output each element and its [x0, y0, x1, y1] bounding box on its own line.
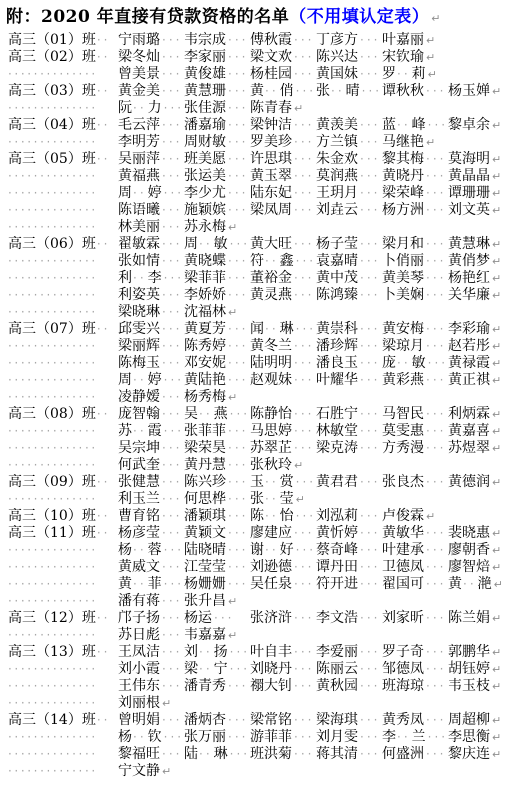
student-name-text: 梁海琪 [316, 712, 358, 728]
space-dots: ··· [294, 526, 314, 540]
space-dots: ··· [228, 475, 248, 489]
student-name-text: 宁文静 [118, 763, 160, 779]
student-name-text: 菲 [148, 576, 162, 592]
indent-space-dots: ·············· [8, 661, 118, 678]
space-dots: ·· [97, 611, 111, 625]
space-dots: ··· [294, 339, 314, 353]
roster-line: ··············杨··钦···张万丽···游菲菲···刘月雯···李… [0, 729, 521, 746]
space-dots: ··· [228, 254, 248, 268]
student-name: 邹德凤··· [382, 661, 448, 678]
class-label: 高三（10）班·· [8, 508, 118, 525]
space-dots: ··· [228, 458, 248, 472]
space-dots: ··· [294, 237, 314, 251]
student-name-text: 关华廉 [448, 287, 490, 303]
student-name: 张万丽··· [184, 729, 250, 746]
paragraph-mark-icon: ↵ [492, 663, 501, 676]
student-name-text: 班洪菊 [250, 746, 292, 762]
student-name: 马思婷··· [250, 423, 316, 440]
space-dots: ·· [97, 84, 111, 98]
student-name: 黎福旺··· [118, 746, 184, 763]
student-name-text: 玉 [250, 474, 264, 490]
paragraph-mark-icon: ↵ [426, 510, 435, 523]
space-dots: ··· [426, 169, 446, 183]
student-name: 潘嘉瑜··· [184, 117, 250, 134]
space-dots: ··· [426, 339, 446, 353]
roster-line: ··············陈语曦···施颖嫔···梁凤周···刘垚云···杨方… [0, 202, 521, 219]
student-name-text: 刘丽根 [118, 695, 160, 711]
student-name: 翟敏霖··· [118, 236, 184, 253]
space-dots: ··· [426, 577, 446, 591]
student-name-text: 张菲菲 [184, 423, 226, 439]
student-name: 陈梅玉··· [118, 355, 184, 372]
student-name: 翟国可··· [382, 576, 448, 593]
student-name-text: 黎福旺 [118, 746, 160, 762]
space-dots: ··· [294, 679, 314, 693]
student-name-text: 周 [118, 372, 132, 388]
space-dots: ·· [463, 577, 477, 591]
class-label-text: 高三（02）班 [8, 49, 96, 65]
space-dots: ··· [360, 747, 380, 761]
space-dots: ··· [162, 662, 182, 676]
student-name: 梁琼月··· [382, 338, 448, 355]
space-dots: ··· [162, 203, 182, 217]
student-name-text: 黄崇科 [316, 321, 358, 337]
student-name-text: 李思衡 [448, 729, 490, 745]
class-label: 高三（12）班·· [8, 610, 118, 627]
space-dots: ··· [360, 152, 380, 166]
student-name: 利玉兰··· [118, 491, 184, 508]
space-dots: ··· [360, 407, 380, 421]
student-name-text: 蒋其清 [316, 746, 358, 762]
roster-line: 高三（09）班··张健慧···陈兴珍···玉··赏···黄君君···张良杰···… [0, 474, 521, 491]
student-name: 张济浒··· [250, 610, 316, 627]
student-name: 李爱丽··· [316, 644, 382, 661]
student-name: 黄威文··· [118, 559, 184, 576]
paragraph-mark-icon: ↵ [228, 629, 237, 642]
student-name: 赵观妹··· [250, 372, 316, 389]
paragraph-mark-icon: ↵ [492, 340, 501, 353]
student-name-text: 吴宗坤 [118, 440, 160, 456]
student-name-text: 潘有蒋 [118, 593, 160, 609]
student-name: 谭秋秋··· [382, 83, 448, 100]
space-dots: ··· [228, 526, 248, 540]
student-name: 韦嘉嘉↵ [184, 627, 237, 644]
student-name: 黄陆艳··· [184, 372, 250, 389]
roster-line: ··············吴宗坤···梁荣昊···苏翠芷···梁克涛···方秀… [0, 440, 521, 457]
indent-space-dots: ·············· [8, 559, 118, 576]
student-name: 潘有蒋··· [118, 593, 184, 610]
space-dots: ·············· [8, 186, 98, 200]
student-name-text: 黄晓丹 [382, 168, 424, 184]
indent-space-dots: ·············· [8, 491, 118, 508]
student-name-text: 杨桂园 [250, 66, 292, 82]
space-dots: ··· [162, 356, 182, 370]
student-name-text: 梁常铭 [250, 712, 292, 728]
space-dots: ··· [228, 373, 248, 387]
roster-line: 高三（02）班··梁冬灿···李家丽···梁文欢···陈兴达···宋钦瑜↵ [0, 49, 521, 66]
paragraph-mark-icon: ↵ [492, 272, 501, 285]
student-name: 张升昌↵ [184, 593, 237, 610]
student-name-text: 刘小霞 [118, 661, 160, 677]
space-dots: ··· [294, 713, 314, 727]
roster-line: 高三（04）班··毛云萍···潘嘉瑜···梁钟洁···黄羡美···蓝··峰···… [0, 117, 521, 134]
student-name-text: 陈兴珍 [184, 474, 226, 490]
student-name-text: 潘青秀 [184, 678, 226, 694]
space-dots: ·· [199, 747, 213, 761]
space-dots: ·············· [8, 373, 98, 387]
space-dots: ·············· [8, 662, 98, 676]
student-name-text: 黄敏华 [382, 525, 424, 541]
space-dots: ··· [426, 645, 446, 659]
student-name: 黄大旺··· [250, 236, 316, 253]
space-dots: ·· [97, 526, 111, 540]
space-dots: ··· [214, 611, 234, 625]
space-dots: ·············· [8, 220, 98, 234]
space-dots: ··· [228, 186, 248, 200]
space-dots: ··· [426, 288, 446, 302]
student-name: 梁克涛··· [316, 440, 382, 457]
student-name-text: 潘嘉瑜 [184, 117, 226, 133]
space-dots: ··· [294, 152, 314, 166]
student-name: 邝子扬··· [118, 610, 184, 627]
student-name-text: 黄慧琳 [448, 236, 490, 252]
student-name: 梁常铭··· [250, 712, 316, 729]
student-name-text: 利炳霖 [448, 406, 490, 422]
space-dots: ··· [294, 288, 314, 302]
space-dots: ··· [294, 730, 314, 744]
student-name: 张菲菲··· [184, 423, 250, 440]
space-dots: ··· [164, 271, 184, 285]
student-name-text: 裴晓惠 [448, 525, 490, 541]
student-name: 蔡奇峰··· [316, 542, 382, 559]
student-name: 梁晓琳··· [118, 304, 184, 321]
space-dots: ·············· [8, 67, 98, 81]
student-name: 何盛洲··· [382, 746, 448, 763]
student-name-text: 宁雨璐 [118, 32, 160, 48]
indent-space-dots: ·············· [8, 457, 118, 474]
paragraph-mark-icon: ↵ [492, 408, 501, 421]
space-dots: ·· [97, 407, 111, 421]
student-name-text: 陈梅玉 [118, 355, 160, 371]
space-dots: ··· [164, 373, 184, 387]
student-name: 陈兰娟↵ [448, 610, 501, 627]
class-label-text: 高三（01）班 [8, 32, 96, 48]
paragraph-mark-icon: ↵ [492, 85, 501, 98]
space-dots: ··· [294, 186, 314, 200]
space-dots: ··· [228, 203, 248, 217]
student-name: 陈青春↵ [250, 100, 303, 117]
student-name-text: 李爱丽 [316, 644, 358, 660]
paragraph-mark-icon: ↵ [492, 680, 501, 693]
space-dots: ··· [162, 33, 182, 47]
space-dots: ··· [228, 679, 248, 693]
roster-line: ··············黎福旺···陆··琳···班洪菊···蒋其清···何… [0, 746, 521, 763]
indent-space-dots: ·············· [8, 202, 118, 219]
student-name-text: 杨运 [184, 610, 212, 626]
student-name-text: 朱金欢 [316, 151, 358, 167]
space-dots: ··· [360, 339, 380, 353]
student-name-text: 林敏堂 [316, 423, 358, 439]
roster-line: ··············梁晓琳···沈福林↵ [0, 304, 521, 321]
student-name-text: 郭鹏华 [448, 644, 490, 660]
student-name-text: 黄冬兰 [250, 338, 292, 354]
student-name-text: 罗 [382, 66, 396, 82]
student-name: 陆明明··· [250, 355, 316, 372]
space-dots: ··· [162, 594, 182, 608]
space-dots: ··· [426, 152, 446, 166]
student-name: 李··兰··· [382, 729, 448, 746]
student-name-text: 燕 [214, 406, 228, 422]
student-name-text: 韦宗成 [184, 32, 226, 48]
space-dots: ··· [362, 84, 382, 98]
indent-space-dots: ·············· [8, 134, 118, 151]
space-dots: ··· [162, 305, 182, 319]
student-name-text: 梁荣峰 [382, 185, 424, 201]
student-name-text: 周财敏 [184, 134, 226, 150]
indent-space-dots: ·············· [8, 695, 118, 712]
student-name: 潘良玉··· [316, 355, 382, 372]
student-name-text: 刘泓莉 [316, 508, 358, 524]
student-name: 刘小霞··· [118, 661, 184, 678]
student-name: 陆晓晴··· [184, 542, 250, 559]
student-name: 利姿英··· [118, 287, 184, 304]
student-name-text: 苏永梅 [184, 219, 226, 235]
roster-line: ··············张如情···黄晓蝶···符··鑫···袁嘉晴···卜… [0, 253, 521, 270]
indent-space-dots: ·············· [8, 576, 118, 593]
paragraph-mark-icon: ↵ [492, 748, 501, 761]
space-dots: ·· [97, 152, 111, 166]
student-name-text: 黄晓蝶 [184, 253, 226, 269]
paragraph-mark-icon: ↵ [492, 731, 501, 744]
student-name-text: 陆 [184, 746, 198, 762]
student-name-text: 林美丽 [118, 219, 160, 235]
class-label: 高三（07）班·· [8, 321, 118, 338]
class-label-text: 高三（08）班 [8, 406, 96, 422]
paragraph-mark-icon: ↵ [228, 221, 237, 234]
student-name: 刘泓莉··· [316, 508, 382, 525]
student-name: 傅秋霞··· [250, 32, 316, 49]
student-name-text: 黄大旺 [250, 236, 292, 252]
space-dots: ·· [133, 543, 147, 557]
student-name-text: 周 [184, 236, 198, 252]
student-name-text: 黄德润 [448, 474, 490, 490]
space-dots: ··· [294, 662, 314, 676]
paragraph-mark-icon: ↵ [228, 391, 237, 404]
indent-space-dots: ·············· [8, 389, 118, 406]
student-name: 杨艳红↵ [448, 270, 501, 287]
page-title: 附：2020 年直接有贷款资格的名单（不用填认定表）↵ [0, 5, 521, 31]
space-dots: ··· [228, 84, 248, 98]
student-name-text: 梁克涛 [316, 440, 358, 456]
student-name-text: 邓安妮 [184, 355, 226, 371]
roster-line: ··············利玉兰···何思桦···张··莹↵ [0, 491, 521, 508]
paragraph-mark-icon: ↵ [162, 697, 171, 710]
space-dots: ··· [162, 84, 182, 98]
student-name: 叶耀华··· [316, 372, 382, 389]
student-name-text: 赵观妹 [250, 372, 292, 388]
student-name: 谢··好··· [250, 542, 316, 559]
space-dots: ·············· [8, 424, 98, 438]
student-name-text: 张万丽 [184, 729, 226, 745]
paragraph-mark-icon: ↵ [492, 527, 501, 540]
space-dots: ··· [228, 560, 248, 574]
paragraph-mark-icon: ↵ [228, 306, 237, 319]
space-dots: ·· [97, 509, 111, 523]
space-dots: ··· [162, 628, 182, 642]
student-name-text: 何思桦 [184, 491, 226, 507]
student-name-text: 黄正祺 [448, 372, 490, 388]
space-dots: ··· [294, 67, 314, 81]
student-name: 杨彦莹··· [118, 525, 184, 542]
space-dots: ··· [360, 186, 380, 200]
document-page: 附：2020 年直接有贷款资格的名单（不用填认定表）↵ 高三（01）班··宁雨璐… [0, 0, 521, 780]
student-name: 潘珍辉··· [316, 338, 382, 355]
student-name: 苏日彪··· [118, 627, 184, 644]
space-dots: ·············· [8, 628, 98, 642]
student-name: 符··鑫··· [250, 253, 316, 270]
student-name: 苏煜翠↵ [448, 440, 501, 457]
roster-line: ··············利姿英···李娇娇···黄灵燕···陈鸿臻···卜美… [0, 287, 521, 304]
student-name: 班美愿··· [184, 151, 250, 168]
student-name: 杨秀梅↵ [184, 389, 237, 406]
space-dots: ·· [97, 475, 111, 489]
student-name-text: 张升昌 [184, 593, 226, 609]
space-dots: ··· [162, 288, 182, 302]
page-title-main: 附：2020 年直接有贷款资格的名单 [6, 7, 289, 27]
student-name-text: 陆晓晴 [184, 542, 226, 558]
indent-space-dots: ·············· [8, 287, 118, 304]
student-name: 莫雯惠··· [382, 423, 448, 440]
paragraph-mark-icon: ↵ [492, 374, 501, 387]
roster-line: 高三（14）班··曾明娟···潘炳杏···梁常铭···梁海琪···黄秀凤···周… [0, 712, 521, 729]
space-dots: ·· [265, 509, 279, 523]
space-dots: ··· [360, 118, 380, 132]
space-dots: ··· [228, 67, 248, 81]
student-name-text: 李 [148, 270, 162, 286]
student-name: 黎卓余↵ [448, 117, 501, 134]
class-label-text: 高三（03）班 [8, 83, 96, 99]
student-name: 周··婷··· [118, 185, 184, 202]
student-name-text: 黄福燕 [118, 168, 160, 184]
student-name-text: 陈秀婷 [184, 338, 226, 354]
student-name-text: 张 [250, 491, 264, 507]
space-dots: ··· [426, 560, 446, 574]
student-name-text: 凌静嫒 [118, 389, 160, 405]
space-dots: ··· [162, 254, 182, 268]
student-name: 杨··蓉··· [118, 542, 184, 559]
paragraph-mark-icon: ↵ [492, 612, 501, 625]
space-dots: ··· [230, 407, 250, 421]
space-dots: ·· [331, 84, 345, 98]
space-dots: ··· [360, 288, 380, 302]
space-dots: ·· [397, 118, 411, 132]
student-name: 郭鹏华↵ [448, 644, 501, 661]
space-dots: ·············· [8, 135, 98, 149]
roster-line: ··············刘小霞···梁··宁···刘晓丹···陈丽云···邹… [0, 661, 521, 678]
student-name: 邱雯兴··· [118, 321, 184, 338]
student-name-text: 王玥月 [316, 185, 358, 201]
student-name-text: 张 [316, 83, 330, 99]
space-dots: ·· [265, 475, 279, 489]
space-dots: ··· [426, 373, 446, 387]
student-name-text: 班美愿 [184, 151, 226, 167]
space-dots: ··· [294, 50, 314, 64]
space-dots: ··· [360, 441, 380, 455]
student-name: 黄正祺↵ [448, 372, 501, 389]
roster-line: ··············曾美景···黄俊雄···杨桂园···黄国妹···罗·… [0, 66, 521, 83]
space-dots: ··· [228, 50, 248, 64]
student-name: 潘青秀··· [184, 678, 250, 695]
student-name-text: 赵若彤 [448, 338, 490, 354]
student-name-text: 何武奎 [118, 457, 160, 473]
student-name-text: 曹育铭 [118, 508, 160, 524]
student-name-text: 叶建承 [382, 542, 424, 558]
space-dots: ··· [294, 356, 314, 370]
student-name-text: 黄中茂 [316, 270, 358, 286]
space-dots: ··· [162, 135, 182, 149]
student-name-text: 陈丽云 [316, 661, 358, 677]
student-name: 黄安梅··· [382, 321, 448, 338]
student-name-text: 蔡奇峰 [316, 542, 358, 558]
student-name-text: 陈青春 [250, 100, 292, 116]
space-dots: ··· [426, 84, 446, 98]
student-name-text: 利姿英 [118, 287, 160, 303]
student-name: 叶建承··· [382, 542, 448, 559]
space-dots: ··· [162, 67, 182, 81]
paragraph-mark-icon: ↵ [492, 544, 501, 557]
student-name: 班海琼··· [382, 678, 448, 695]
space-dots: ··· [294, 747, 314, 761]
space-dots: ··· [426, 713, 446, 727]
space-dots: ··· [228, 152, 248, 166]
student-name: 何思桦··· [184, 491, 250, 508]
student-name-text: 黄君君 [316, 474, 358, 490]
student-name-text: 苏煜翠 [448, 440, 490, 456]
student-name: 刘晓丹··· [250, 661, 316, 678]
roster-line: ··············阮··力···张佳源···陈青春↵ [0, 100, 521, 117]
paragraph-mark-icon: ↵ [431, 12, 441, 25]
space-dots: ·············· [8, 577, 98, 591]
student-name-text: 杨方洲 [382, 202, 424, 218]
space-dots: ·· [133, 730, 147, 744]
paragraph-mark-icon: ↵ [162, 765, 171, 778]
student-name: 利··李··· [118, 270, 184, 287]
student-name-text: 吴任泉 [250, 576, 292, 592]
space-dots: ··· [426, 662, 446, 676]
space-dots: ··· [426, 254, 446, 268]
student-name: 许思琪··· [250, 151, 316, 168]
student-name-text: 黄金美 [118, 83, 160, 99]
page-title-note: （不用填认定表） [289, 7, 429, 27]
class-label: 高三（06）班·· [8, 236, 118, 253]
student-name-text: 李少尤 [184, 185, 226, 201]
space-dots: ··· [360, 169, 380, 183]
roster: 高三（01）班··宁雨璐···韦宗成···傅秋霞···丁彦方···叶嘉丽↵高三（… [0, 32, 521, 780]
student-name-text: 李家丽 [184, 49, 226, 65]
student-name: 曾明娟··· [118, 712, 184, 729]
student-name-text: 邱雯兴 [118, 321, 160, 337]
student-name: 罗美珍··· [250, 134, 316, 151]
student-name-text: 梁荣昊 [184, 440, 226, 456]
paragraph-mark-icon: ↵ [426, 34, 435, 47]
student-name: 黄冬兰··· [250, 338, 316, 355]
student-name: 黄晶晶↵ [448, 168, 501, 185]
student-name: 梁荣昊··· [184, 440, 250, 457]
student-name-text: 刘月雯 [316, 729, 358, 745]
space-dots: ··· [360, 662, 380, 676]
student-name: 黄俏梦↵ [448, 253, 501, 270]
class-label-text: 高三（09）班 [8, 474, 96, 490]
